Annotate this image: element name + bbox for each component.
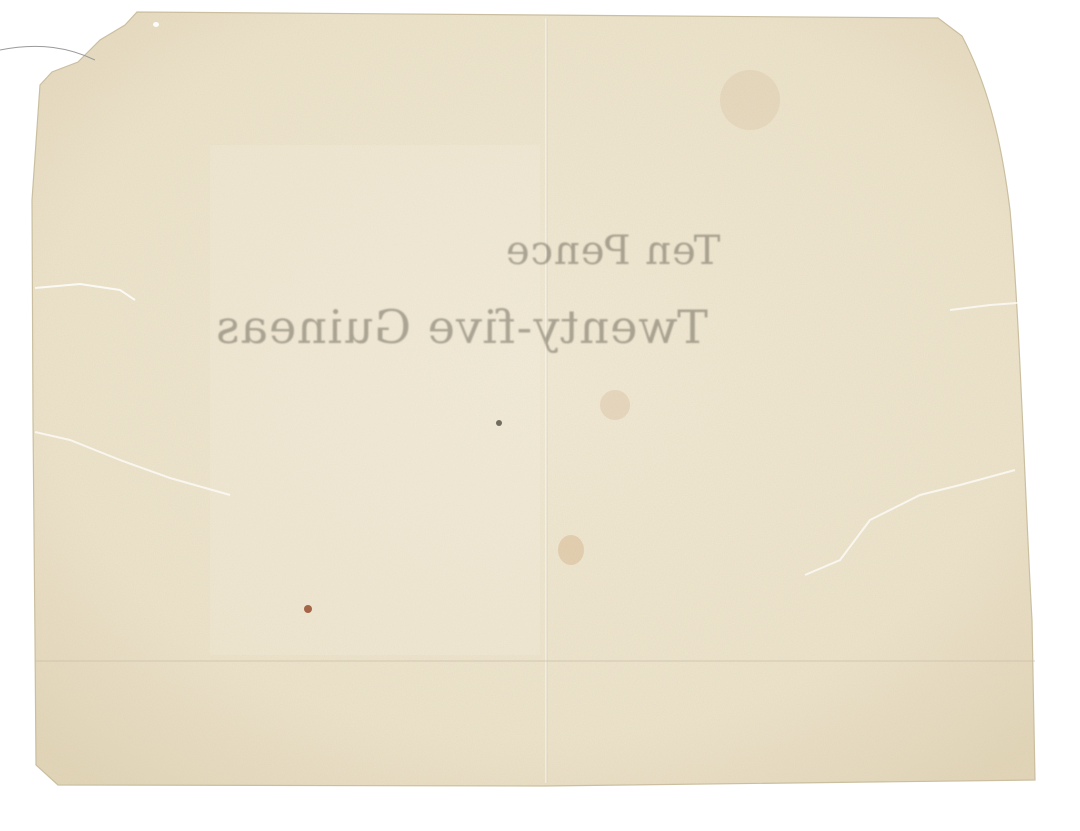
- vertical-fold: [545, 18, 548, 783]
- bleed-through-line-2: Twenty-five Guineas: [215, 300, 708, 354]
- foxing-stain: [720, 70, 780, 130]
- faded-panel: [210, 145, 540, 655]
- paper-note: Ten Pence Twenty-five Guineas: [0, 0, 1080, 831]
- bleed-through-line-1: Ten Pence: [505, 228, 720, 274]
- paper-shape: [0, 0, 1080, 831]
- pinhole: [153, 22, 159, 27]
- foxing-stain: [600, 390, 630, 420]
- horizontal-fold: [35, 660, 1035, 662]
- rust-stain: [304, 605, 312, 613]
- foxing-stain: [558, 535, 584, 565]
- ink-dot: [496, 420, 502, 426]
